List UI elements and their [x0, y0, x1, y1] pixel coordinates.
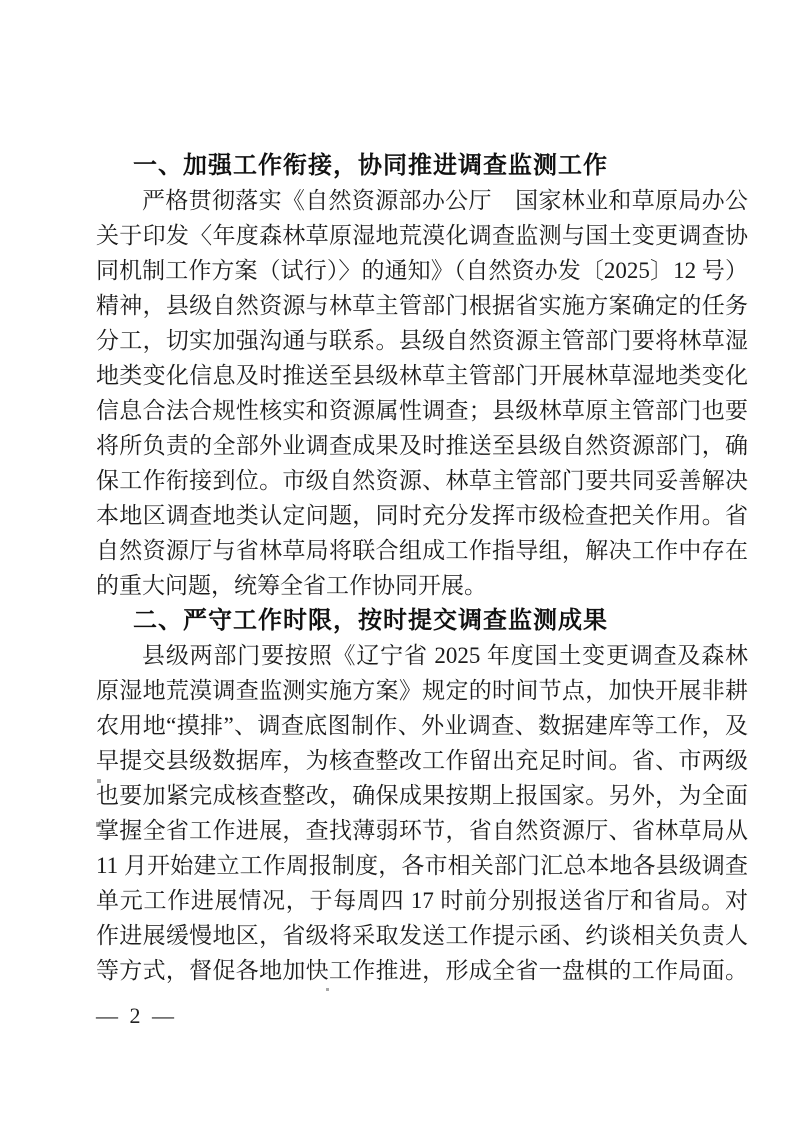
body-line: 县级两部门要按照《辽宁省 2025 年度国土变更调查及森林草 [96, 638, 748, 673]
body-line: 精神，县级自然资源与林草主管部门根据省实施方案确定的任务 [96, 288, 748, 323]
section-heading-1: 一、加强工作衔接，协同推进调查监测工作 [96, 148, 748, 183]
section-heading-2: 二、严守工作时限，按时提交调查监测成果 [96, 603, 748, 638]
body-line: 严格贯彻落实《自然资源部办公厅 国家林业和草原局办公室 [96, 183, 748, 218]
body-line: 分工，切实加强沟通与联系。县级自然资源主管部门要将林草湿 [96, 323, 748, 358]
body-line: 作进展缓慢地区，省级将采取发送工作提示函、约谈相关负责人 [96, 918, 748, 953]
body-line: 将所负责的全部外业调查成果及时推送至县级自然资源部门，确 [96, 428, 748, 463]
body-line: 本地区调查地类认定问题，同时充分发挥市级检查把关作用。省 [96, 498, 748, 533]
body-line: 自然资源厅与省林草局将联合组成工作指导组，解决工作中存在 [96, 533, 748, 568]
scan-artifact [97, 779, 101, 783]
body-line: 等方式，督促各地加快工作推进，形成全省一盘棋的工作局面。 [96, 953, 748, 988]
body-line: 的重大问题，统筹全省工作协同开展。 [96, 568, 748, 603]
body-line: 信息合法合规性核实和资源属性调查；县级林草原主管部门也要 [96, 393, 748, 428]
body-line: 关于印发〈年度森林草原湿地荒漠化调查监测与国土变更调查协 [96, 218, 748, 253]
body-line: 农用地“摸排”、调查底图制作、外业调查、数据建库等工作，及 [96, 708, 748, 743]
body-line: 保工作衔接到位。市级自然资源、林草主管部门要共同妥善解决 [96, 463, 748, 498]
scanned-document-page: 一、加强工作衔接，协同推进调查监测工作 严格贯彻落实《自然资源部办公厅 国家林业… [0, 0, 800, 1135]
page-number: — 2 — [96, 1001, 748, 1031]
document-body: 一、加强工作衔接，协同推进调查监测工作 严格贯彻落实《自然资源部办公厅 国家林业… [96, 148, 748, 1031]
body-line: 早提交县级数据库，为核查整改工作留出充足时间。省、市两级 [96, 743, 748, 778]
body-line: 掌握全省工作进展，查找薄弱环节，省自然资源厅、省林草局从 [96, 813, 748, 848]
scan-artifact [326, 988, 329, 991]
body-line: 单元工作进展情况，于每周四 17 时前分别报送省厅和省局。对工 [96, 883, 748, 918]
body-line: 11 月开始建立工作周报制度，各市相关部门汇总本地各县级调查 [96, 848, 748, 883]
scan-artifact [96, 822, 101, 827]
body-line: 同机制工作方案（试行）〉的通知》（自然资办发〔2025〕12 号） [96, 253, 748, 288]
body-line: 地类变化信息及时推送至县级林草主管部门开展林草湿地类变化 [96, 358, 748, 393]
body-line: 也要加紧完成核查整改，确保成果按期上报国家。另外，为全面 [96, 778, 748, 813]
body-line: 原湿地荒漠调查监测实施方案》规定的时间节点，加快开展非耕 [96, 673, 748, 708]
